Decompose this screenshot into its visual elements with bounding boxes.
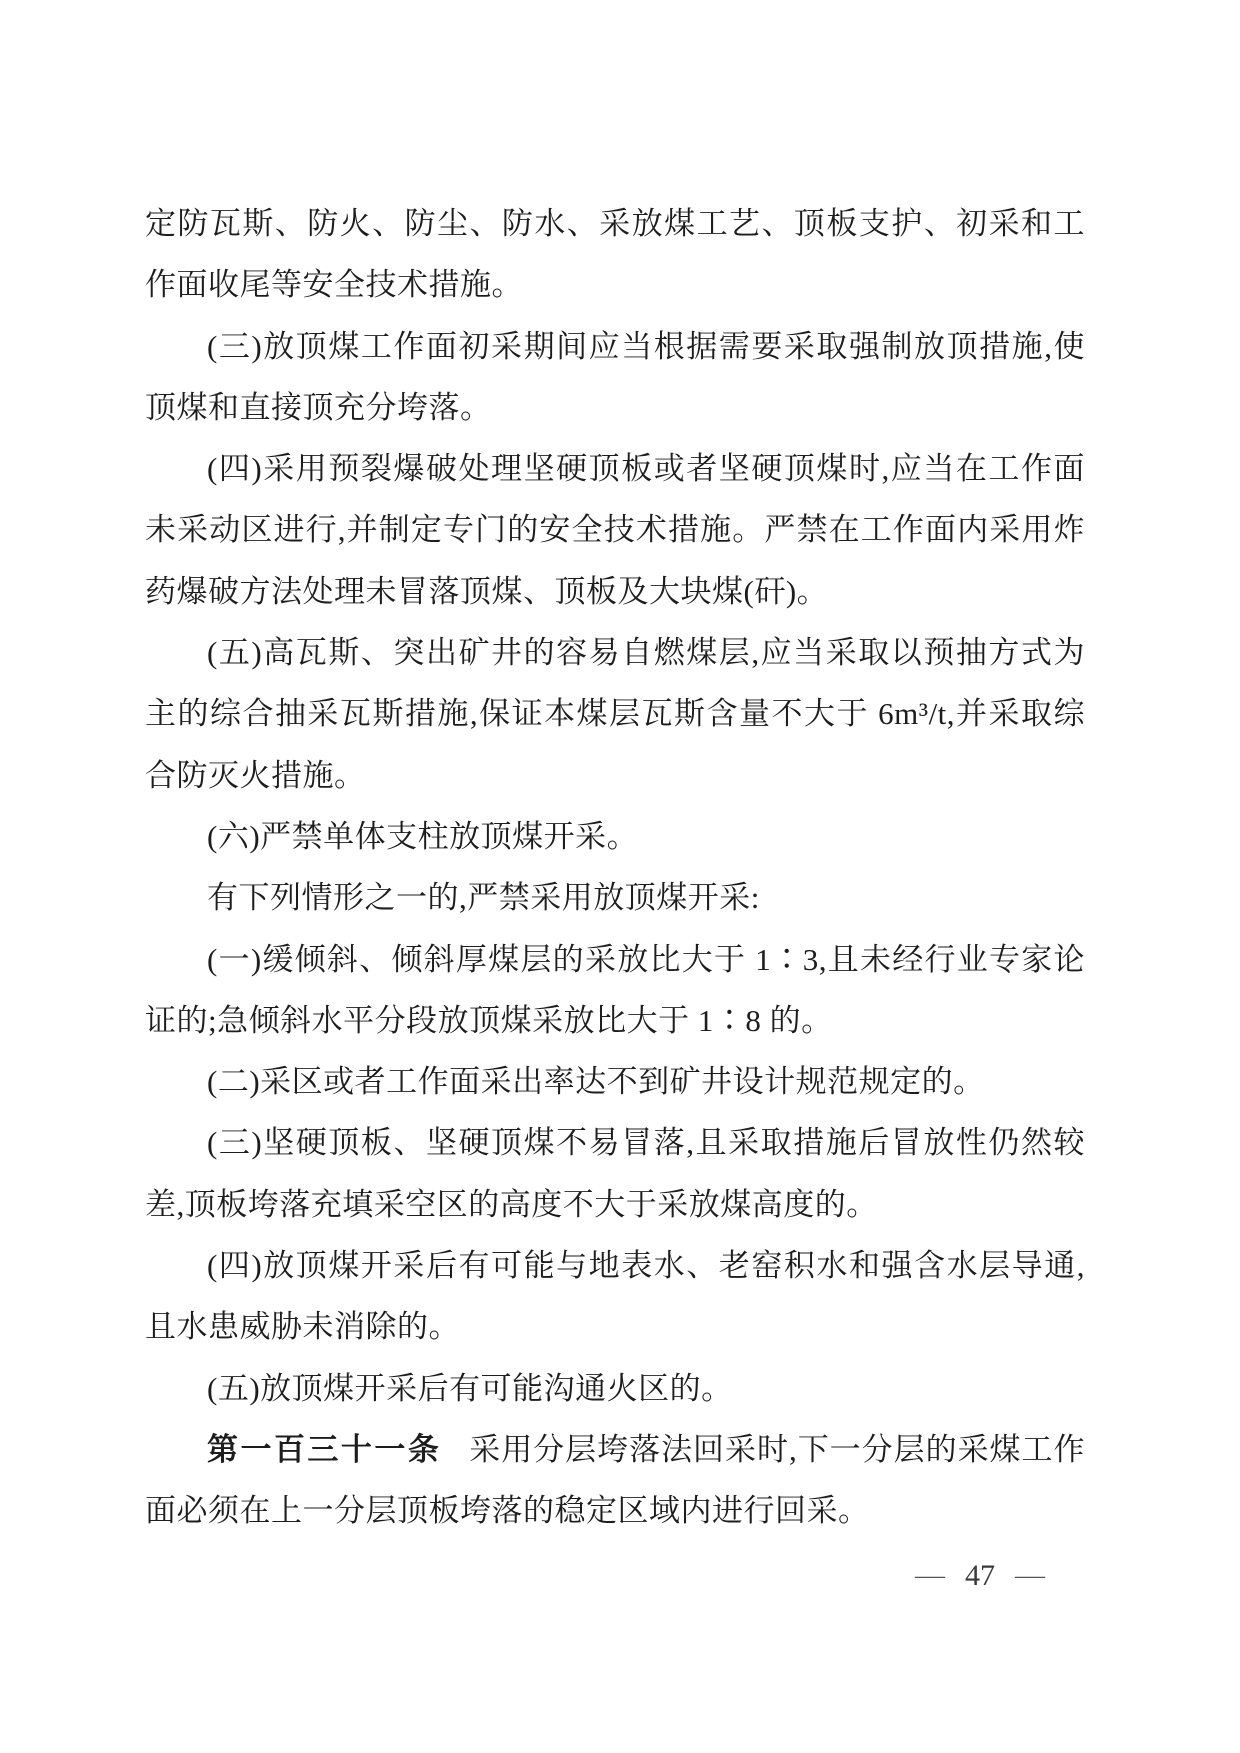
page-body: 定防瓦斯、防火、防尘、防水、采放煤工艺、顶板支护、初采和工作面收尾等安全技术措施… — [145, 193, 1085, 1542]
document-page: 定防瓦斯、防火、防尘、防水、采放煤工艺、顶板支护、初采和工作面收尾等安全技术措施… — [0, 0, 1240, 1753]
para-item-3: (三)放顶煤工作面初采期间应当根据需要采取强制放顶措施,使顶煤和直接顶充分垮落。 — [145, 316, 1085, 439]
para-article-131: 第一百三十一条采用分层垮落法回采时,下一分层的采煤工作面必须在上一分层顶板垮落的… — [145, 1419, 1085, 1542]
para-prohibit-3: (三)坚硬顶板、坚硬顶煤不易冒落,且采取措施后冒放性仍然较差,顶板垮落充填采空区… — [145, 1112, 1085, 1235]
page-footer: — 47 — — [915, 1556, 1045, 1596]
para-prohibit-5: (五)放顶煤开采后有可能沟通火区的。 — [145, 1358, 1085, 1419]
page-number: 47 — [965, 1556, 995, 1596]
para-item-4: (四)采用预裂爆破处理坚硬顶板或者坚硬顶煤时,应当在工作面未采动区进行,并制定专… — [145, 438, 1085, 622]
para-prohibit-2: (二)采区或者工作面采出率达不到矿井设计规范规定的。 — [145, 1051, 1085, 1112]
para-prohibit-1: (一)缓倾斜、倾斜厚煤层的采放比大于 1∶3,且未经行业专家论证的;急倾斜水平分… — [145, 929, 1085, 1052]
article-number: 第一百三十一条 — [207, 1432, 441, 1467]
para-item-6: (六)严禁单体支柱放顶煤开采。 — [145, 806, 1085, 867]
footer-dash-left: — — [915, 1560, 945, 1592]
footer-dash-right: — — [1015, 1560, 1045, 1592]
para-item-5: (五)高瓦斯、突出矿井的容易自燃煤层,应当采取以预抽方式为主的综合抽采瓦斯措施,… — [145, 622, 1085, 806]
para-continuation: 定防瓦斯、防火、防尘、防水、采放煤工艺、顶板支护、初采和工作面收尾等安全技术措施… — [145, 193, 1085, 316]
para-prohibition-intro: 有下列情形之一的,严禁采用放顶煤开采: — [145, 867, 1085, 928]
para-prohibit-4: (四)放顶煤开采后有可能与地表水、老窑积水和强含水层导通,且水患威胁未消除的。 — [145, 1235, 1085, 1358]
